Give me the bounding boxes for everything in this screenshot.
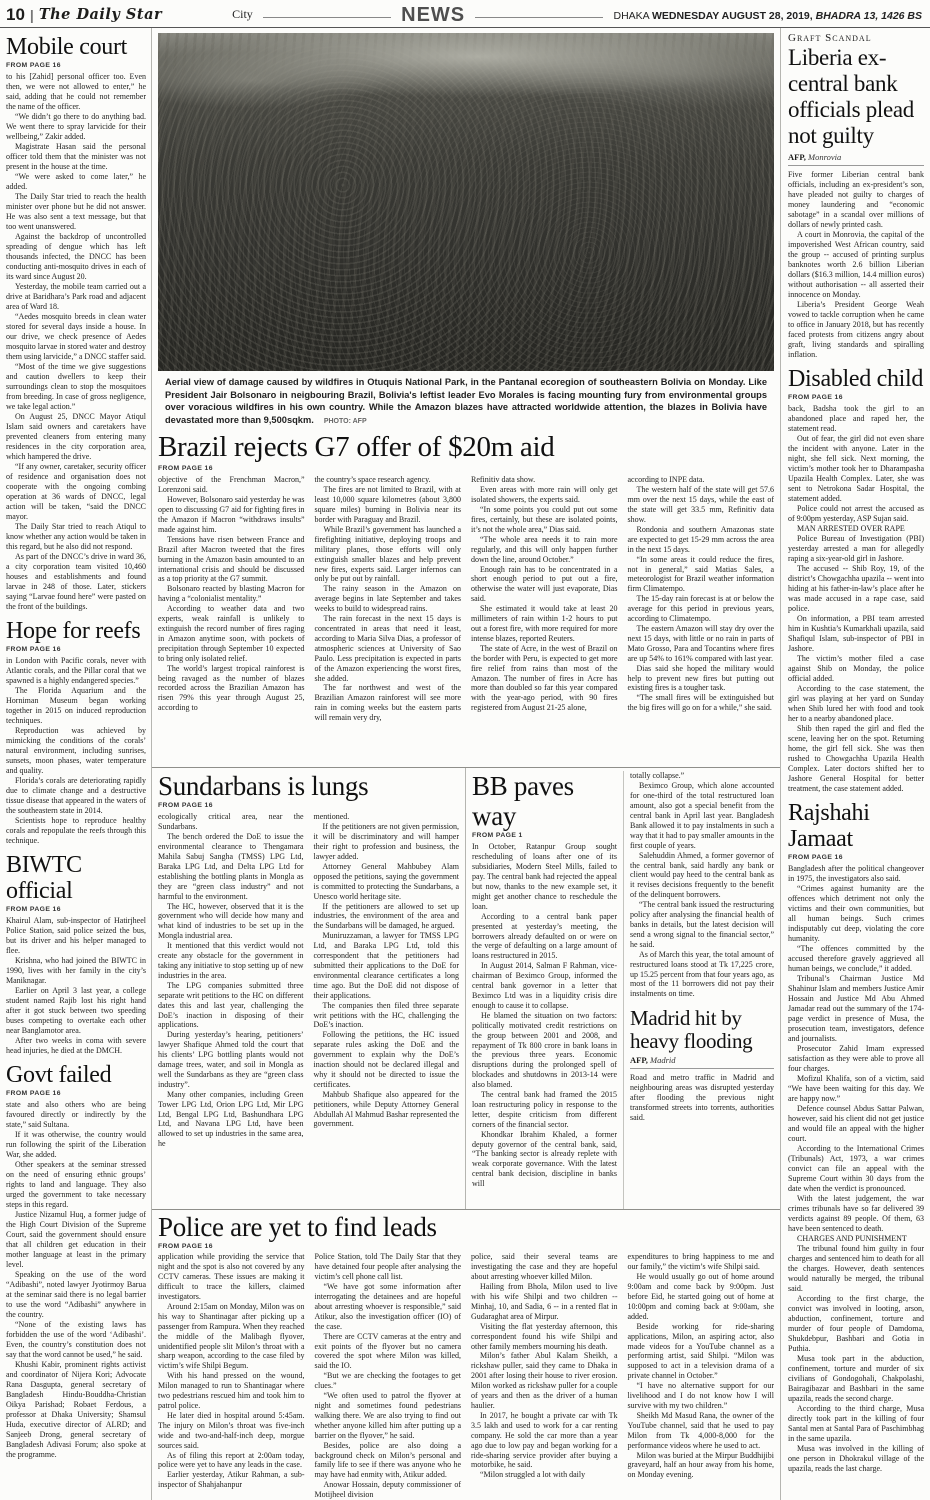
paragraph: “Aedes mosquito breeds in clean water st… (6, 312, 146, 362)
photo-block: Aerial view of damage caused by wildfire… (152, 28, 780, 429)
headline-biwtc-official: BIWTC official (6, 852, 146, 904)
jump-line: FROM PAGE 16 (6, 646, 146, 653)
paragraph: “The offences committed by the accused t… (788, 944, 924, 974)
paragraph: According to the third charge, Musa dire… (788, 1404, 924, 1444)
paragraph: according to INPE data. (628, 475, 775, 485)
article-column-1: objective of the Frenchman Macron,” Lore… (158, 475, 310, 767)
paragraph: It mentioned that this verdict would not… (158, 941, 304, 981)
byline-agency: AFP, (788, 152, 806, 162)
paragraph: to his [Zahid] personal officer too. Eve… (6, 72, 146, 112)
paragraph: state and also others who are being favo… (6, 1100, 146, 1130)
paragraph: The tribunal found him guilty in four ch… (788, 1244, 924, 1294)
paragraph: According to the case statement, the gir… (788, 684, 924, 724)
paragraph: expenditures to bring happiness to me an… (628, 1252, 775, 1272)
headline-mobile-court: Mobile court (6, 34, 146, 60)
paragraph: Out of fear, the girl did not even share… (788, 434, 924, 504)
paragraph: Salehuddin Ahmed, a former governor of t… (630, 851, 774, 901)
paragraph: Even areas with more rain will only get … (471, 485, 618, 505)
jump-line: FROM PAGE 16 (158, 465, 774, 472)
headline-brazil-g7: Brazil rejects G7 offer of $20m aid (158, 431, 774, 463)
paragraph: Sheikh Md Masud Rana, the owner of the Y… (628, 1411, 775, 1451)
paragraph: MAN ARRESTED OVER RAPE (788, 524, 924, 534)
paragraph: Tribunal’s Chairman Justice Md Shahinur … (788, 974, 924, 1044)
paragraph: Milon was buried at the Mirpur Buddhijib… (628, 1451, 775, 1481)
paragraph: Justice Nizamul Huq, a former judge of t… (6, 1210, 146, 1270)
article-body: in London with Pacific corals, never wit… (6, 656, 146, 846)
article-column-4: expenditures to bring happiness to me an… (623, 1252, 775, 1500)
article-govt-failed: Govt failed FROM PAGE 16 state and also … (6, 1062, 146, 1460)
paragraph: On August 25, DNCC Mayor Atiqul Islam sa… (6, 412, 146, 462)
headline-disabled-child: Disabled child (788, 366, 924, 392)
jump-line: FROM PAGE 16 (158, 1243, 774, 1250)
paragraph: Earlier on April 3 last year, a college … (6, 986, 146, 1036)
paragraph: The Daily Star tried to reach Atiqul to … (6, 522, 146, 552)
paragraph: “The whole area needs it to rain more re… (471, 535, 618, 565)
byline-agency: AFP, (630, 1055, 648, 1065)
paragraph: As of filing this report at 2:00am today… (158, 1451, 305, 1471)
paragraph: Rondonia and southern Amazonas state are… (628, 525, 775, 555)
dateline-date: WEDNESDAY AUGUST 28, 2019, (652, 10, 813, 22)
section-title: NEWS (401, 4, 465, 27)
article-bb-paves-way: BB paves way FROM PAGE 1 In October, Rat… (466, 768, 780, 1209)
paragraph: The fires are not limited to Brazil, wit… (315, 485, 462, 525)
paragraph: Reproduction was achieved by mimicking t… (6, 726, 146, 776)
paragraph: Tensions have risen between France and B… (158, 535, 305, 585)
paragraph: “The central bank issued the restructuri… (630, 900, 774, 950)
paragraph: Khondkar Ibrahim Khaled, a former deputy… (472, 1130, 617, 1189)
article-body: Five former Liberian central bank offici… (788, 170, 924, 360)
paragraph: “If any owner, caretaker, security offic… (6, 462, 146, 522)
paragraph: Besides, police are also doing a backgro… (315, 1441, 462, 1481)
paragraph: Muniruzzaman, a lawyer for TMSS LPG Ltd,… (314, 931, 460, 1000)
paragraph: The world’s largest tropical rainforest … (158, 664, 305, 714)
paragraph: Following the petitions, the HC issued s… (314, 1030, 460, 1089)
paragraph: CHARGES AND PUNISHMENT (788, 1234, 924, 1244)
jump-line: FROM PAGE 16 (6, 906, 146, 913)
newspaper-page: 10 | The Daily Star City NEWS DHAKA WEDN… (0, 0, 930, 1500)
paragraph: Shib then raped the girl and fled the sc… (788, 724, 924, 794)
paragraph: back, Badsha took the girl to an abandon… (788, 404, 924, 434)
paragraph: If the petitioners are not given permiss… (314, 822, 460, 862)
article-column-2: the country’s space research agency.The … (310, 475, 467, 767)
paragraph: “I have no alternative support for our l… (628, 1381, 775, 1411)
masthead-divider: | (30, 7, 34, 23)
paragraph: Beximco Group, which alone accounted for… (630, 781, 774, 850)
kicker-graft-scandal: Graft Scandal (788, 32, 924, 44)
article-body: Khairul Alam, sub-inspector of Hatirjhee… (6, 916, 146, 1056)
jump-line: FROM PAGE 1 (472, 832, 617, 839)
masthead: 10 | The Daily Star City NEWS DHAKA WEDN… (0, 0, 930, 28)
paragraph: According to the International Crimes (T… (788, 1144, 924, 1194)
paragraph: Khairul Alam, sub-inspector of Hatirjhee… (6, 916, 146, 956)
byline: AFP, Monrovia (788, 152, 924, 166)
paragraph: According to weather data and two expert… (158, 604, 305, 663)
paragraph: Many other companies, including Green To… (158, 1090, 304, 1149)
jump-line: FROM PAGE 16 (788, 394, 924, 401)
paragraph: Musa was involved in the killing of one … (788, 1444, 924, 1474)
paragraph: As of March this year, the total amount … (630, 950, 774, 1000)
paragraph: Visiting the flat yesterday afternoon, t… (471, 1322, 618, 1352)
paragraph: In October, Ratanpur Group sought resche… (472, 842, 617, 911)
photo-credit: PHOTO: AFP (324, 418, 367, 425)
paragraph: the country’s space research agency. (315, 475, 462, 485)
paragraph: Road and metro traffic in Madrid and nei… (630, 1073, 774, 1123)
paragraph: Anowar Hossain, deputy commissioner of M… (315, 1480, 462, 1500)
paragraph: The western half of the state will get 5… (628, 485, 775, 525)
article-column-1: application while providing the service … (158, 1252, 310, 1500)
wildfire-aerial-photo (158, 33, 774, 371)
paragraph: in London with Pacific corals, never wit… (6, 656, 146, 686)
paragraph: totally collapse.” (630, 771, 774, 781)
paragraph: As part of the DNCC’s drive in ward 36, … (6, 552, 146, 612)
paragraph: After two weeks in coma with severe head… (6, 1036, 146, 1056)
paragraph: Magistrate Hasan said the personal offic… (6, 142, 146, 172)
paragraph: Bolsonaro reacted by blasting Macron for… (158, 584, 305, 604)
article-biwtc-official: BIWTC official FROM PAGE 16 Khairul Alam… (6, 852, 146, 1056)
paragraph: Bangladesh after the political changeove… (788, 864, 924, 884)
article-madrid-flooding: Madrid hit by heavy flooding AFP, Madrid… (630, 1007, 774, 1123)
paragraph: On information, a PBI team arrested him … (788, 614, 924, 654)
paragraph: The accused -- Shib Roy, 19, of the dist… (788, 564, 924, 614)
paragraph: “Most of the time we give suggestions an… (6, 362, 146, 412)
headline-sundarbans: Sundarbans is lungs (158, 771, 459, 801)
headline-madrid-flooding: Madrid hit by heavy flooding (630, 1007, 774, 1053)
paragraph: Other speakers at the seminar stressed o… (6, 1160, 146, 1210)
center-column: Aerial view of damage caused by wildfire… (152, 28, 780, 1500)
article-column-2: mentioned.If the petitioners are not giv… (309, 812, 460, 1207)
paragraph: application while providing the service … (158, 1252, 305, 1302)
paragraph: objective of the Frenchman Macron,” Lore… (158, 475, 305, 495)
paragraph: “None of the existing laws has forbidden… (6, 1320, 146, 1360)
paragraph: Five former Liberian central bank offici… (788, 170, 924, 230)
paragraph: Police Bureau of Investigation (PBI) yes… (788, 534, 924, 564)
paragraph: The Daily Star tried to reach the health… (6, 192, 146, 232)
article-body: to his [Zahid] personal officer too. Eve… (6, 72, 146, 612)
article-column-3: police, said their several teams are inv… (466, 1252, 623, 1500)
right-column: Graft Scandal Liberia ex-central bank of… (780, 28, 930, 1500)
jump-line: FROM PAGE 16 (6, 1090, 146, 1097)
paragraph: “Milon struggled a lot with daily (471, 1470, 618, 1480)
article-disabled-child: Disabled child FROM PAGE 16 back, Badsha… (788, 366, 924, 794)
jump-line: FROM PAGE 16 (158, 802, 459, 809)
paragraph: Yesterday, the mobile team carried out a… (6, 282, 146, 312)
paragraph: If it was otherwise, the country would r… (6, 1130, 146, 1160)
paragraph: Enough rain has to be concentrated in a … (471, 565, 618, 605)
paragraph: The central bank had framed the 2015 loa… (472, 1090, 617, 1130)
article-column-1: ecologically critical area, near the Sun… (158, 812, 309, 1207)
paragraph: ecologically critical area, near the Sun… (158, 812, 304, 832)
article-body: back, Badsha took the girl to an abandon… (788, 404, 924, 794)
paragraph: Florida’s corals are deteriorating rapid… (6, 776, 146, 816)
paragraph: There are CCTV cameras at the entry and … (315, 1332, 462, 1372)
article-brazil-g7: Brazil rejects G7 offer of $20m aid FROM… (152, 429, 780, 768)
photo-caption-text: Aerial view of damage caused by wildfire… (165, 377, 767, 425)
paragraph: Krishna, who had joined the BIWTC in 199… (6, 956, 146, 986)
article-column-2: totally collapse.”Beximco Group, which a… (630, 771, 774, 999)
paragraph: Beside working for ride-sharing applicat… (628, 1322, 775, 1381)
paragraph: With his hand pressed on the wound, Milo… (158, 1371, 305, 1411)
paragraph: Police Station, told The Daily Star that… (315, 1252, 462, 1282)
article-hope-for-reefs: Hope for reefs FROM PAGE 16 in London wi… (6, 618, 146, 846)
byline: AFP, Madrid (630, 1055, 774, 1069)
paragraph: The Florida Aquarium and the Horniman Mu… (6, 686, 146, 726)
jump-line: FROM PAGE 16 (6, 62, 146, 69)
masthead-rule-left (263, 17, 391, 18)
paragraph: While Brazil’s government has launched a… (315, 525, 462, 584)
paragraph: According to the first charge, the convi… (788, 1294, 924, 1354)
paragraph: The state of Acre, in the west of Brazil… (471, 644, 618, 713)
paragraph: A court in Monrovia, the capital of the … (788, 230, 924, 300)
article-column-3: Refinitiv data show.Even areas with more… (466, 475, 623, 767)
paragraph: mentioned. (314, 812, 460, 822)
masthead-rule-right (475, 17, 603, 18)
paragraph: The HC, however, observed that it is the… (158, 902, 304, 942)
paragraph: Police could not arrest the accused as o… (788, 504, 924, 524)
paragraph: “In some points you could put out some f… (471, 505, 618, 535)
paragraph: Khushi Kabir, prominent rights activist … (6, 1360, 146, 1460)
paragraph: Refinitiv data show. (471, 475, 618, 485)
paragraph: However, Bolsonaro said yesterday he was… (158, 495, 305, 535)
paragraph: He would usually go out of home around 9… (628, 1272, 775, 1322)
paragraph: The rain forecast in the next 15 days is… (315, 614, 462, 683)
paragraph: Musa took part in the abduction, confine… (788, 1354, 924, 1404)
article-column-4: according to INPE data.The western half … (623, 475, 775, 767)
headline-hope-for-reefs: Hope for reefs (6, 618, 146, 644)
article-body: state and also others who are being favo… (6, 1100, 146, 1460)
article-body: Bangladesh after the political changeove… (788, 864, 924, 1474)
paragraph: Earlier yesterday, Atikur Rahman, a sub-… (158, 1470, 305, 1490)
article-column-1: In October, Ratanpur Group sought resche… (472, 842, 617, 1189)
article-column-2: Police Station, told The Daily Star that… (310, 1252, 467, 1500)
paragraph: Speaking on the use of the word “Adibash… (6, 1270, 146, 1320)
paragraph: During yesterday’s hearing, petitioners’… (158, 1030, 304, 1089)
paragraph: Milon’s father Abul Kalam Sheikh, a rick… (471, 1351, 618, 1410)
paragraph: Around 2:15am on Monday, Milon was on hi… (158, 1302, 305, 1371)
paragraph: “In some areas it could reduce the fires… (628, 555, 775, 595)
paragraph: The companies then filed three separate … (314, 1001, 460, 1031)
paragraph: The 15-day rain forecast is at or below … (628, 594, 775, 624)
paragraph: The eastern Amazon will stay dry over th… (628, 624, 775, 664)
paragraph: The victim’s mother filed a case against… (788, 654, 924, 684)
paragraph: “We have got some information after inte… (315, 1282, 462, 1332)
paragraph: Dias said she hoped the military would h… (628, 664, 775, 694)
paragraph: He later died in hospital around 5:45am.… (158, 1411, 305, 1451)
article-liberia: Graft Scandal Liberia ex-central bank of… (788, 32, 924, 360)
paragraph: He blamed the situation on two factors: … (472, 1011, 617, 1090)
paragraph: According to a central bank paper presen… (472, 912, 617, 962)
page-number: 10 (6, 5, 25, 25)
paragraph: In 2017, he bought a private car with Tk… (471, 1411, 618, 1470)
jump-line: FROM PAGE 16 (788, 854, 924, 861)
paragraph: “We didn’t go there to do anything bad. … (6, 112, 146, 142)
paragraph: Liberia’s President George Weah vowed to… (788, 300, 924, 360)
paragraph: The far northwest and west of the Brazil… (315, 683, 462, 723)
paragraph: Mahbub Shafique also appeared for the pe… (314, 1090, 460, 1130)
paragraph: Attorney General Mahbubey Alam opposed t… (314, 862, 460, 902)
dateline-city: DHAKA (613, 10, 649, 22)
paragraph: Defence counsel Abdus Sattar Palwan, how… (788, 1104, 924, 1144)
headline-govt-failed: Govt failed (6, 1062, 146, 1088)
headline-rajshahi-jamaat: Rajshahi Jamaat (788, 800, 924, 852)
paragraph: Against the backdrop of uncontrolled spr… (6, 232, 146, 282)
article-body: Road and metro traffic in Madrid and nei… (630, 1073, 774, 1123)
headline-bb-paves-way: BB paves way (472, 771, 617, 831)
article-mobile-court: Mobile court FROM PAGE 16 to his [Zahid]… (6, 34, 146, 612)
paragraph: She estimated it would take at least 20 … (471, 604, 618, 644)
byline-place: Monrovia (806, 152, 841, 162)
paragraph: “We often used to patrol the flyover at … (315, 1391, 462, 1441)
paragraph: Hailing from Bhola, Milon used to live w… (471, 1282, 618, 1322)
paragraph: Mofizul Khalifa, son of a victim, said “… (788, 1074, 924, 1104)
dateline: DHAKA WEDNESDAY AUGUST 28, 2019, BHADRA … (613, 10, 922, 22)
article-sundarbans: Sundarbans is lungs FROM PAGE 16 ecologi… (152, 768, 466, 1209)
paragraph: The bench ordered the DoE to issue the e… (158, 832, 304, 901)
paragraph: If the petitioners are allowed to set up… (314, 902, 460, 932)
paragraph: “We were asked to come later,” he added. (6, 172, 146, 192)
left-column: Mobile court FROM PAGE 16 to his [Zahid]… (0, 28, 152, 1500)
paragraph: “But we are checking the footages to get… (315, 1371, 462, 1391)
paragraph: With the latest judgement, the war crime… (788, 1194, 924, 1234)
paragraph: Scientists hope to reproduce healthy cor… (6, 816, 146, 846)
article-police-leads: Police are yet to find leads FROM PAGE 1… (152, 1210, 780, 1496)
paragraph: The rainy season in the Amazon on averag… (315, 584, 462, 614)
paragraph: Prosecutor Zahid Imam expressed satisfac… (788, 1044, 924, 1074)
paragraph: In August 2014, Salman F Rahman, vice-ch… (472, 961, 617, 1011)
byline-place: Madrid (648, 1055, 676, 1065)
paragraph: The LPG companies submitted three separa… (158, 981, 304, 1031)
headline-liberia: Liberia ex-central bank officials plead … (788, 45, 924, 149)
paragraph: “Crimes against humanity are the offence… (788, 884, 924, 944)
dateline-calendar: BHADRA 13, 1426 BS (816, 10, 922, 22)
newspaper-logo: The Daily Star (39, 6, 162, 23)
paragraph: “The small fires will be extinguished bu… (628, 693, 775, 713)
photo-caption: Aerial view of damage caused by wildfire… (158, 371, 774, 429)
headline-police-leads: Police are yet to find leads (158, 1212, 774, 1242)
article-rajshahi-jamaat: Rajshahi Jamaat FROM PAGE 16 Bangladesh … (788, 800, 924, 1474)
section-label: City (232, 7, 253, 22)
paragraph: police, said their several teams are inv… (471, 1252, 618, 1282)
